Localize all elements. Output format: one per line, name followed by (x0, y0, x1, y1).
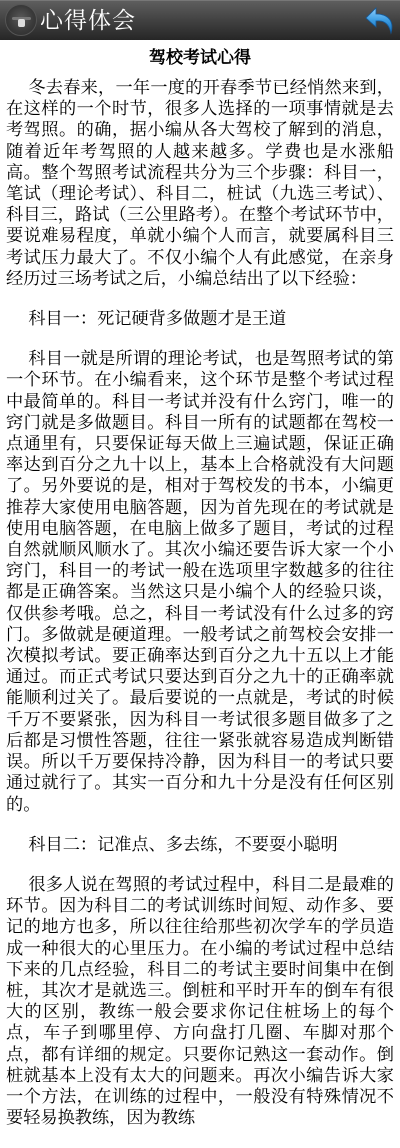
steering-wheel-hub (18, 19, 25, 27)
article-title: 驾校考试心得 (6, 48, 394, 68)
steering-wheel-icon (5, 4, 37, 36)
section-heading: 科目一：死记硬背多做题才是王道 (6, 309, 394, 330)
article-paragraph: 冬去春来，一年一度的开春季节已经悄然来到，在这样的一个时节，很多人选择的一项事情… (6, 78, 394, 290)
article-paragraph: 科目一就是所谓的理论考试，也是驾照考试的第一个环节。在小编看来，这个环节是整个考… (6, 349, 394, 710)
page-title: 心得体会 (40, 5, 136, 37)
back-arrow-icon (364, 5, 396, 37)
app-header: 心得体会 (0, 0, 400, 40)
article: 驾校考试心得 冬去春来，一年一度的开春季节已经悄然来到，在这样的一个时节，很多人… (0, 40, 400, 710)
back-button[interactable] (364, 5, 396, 37)
